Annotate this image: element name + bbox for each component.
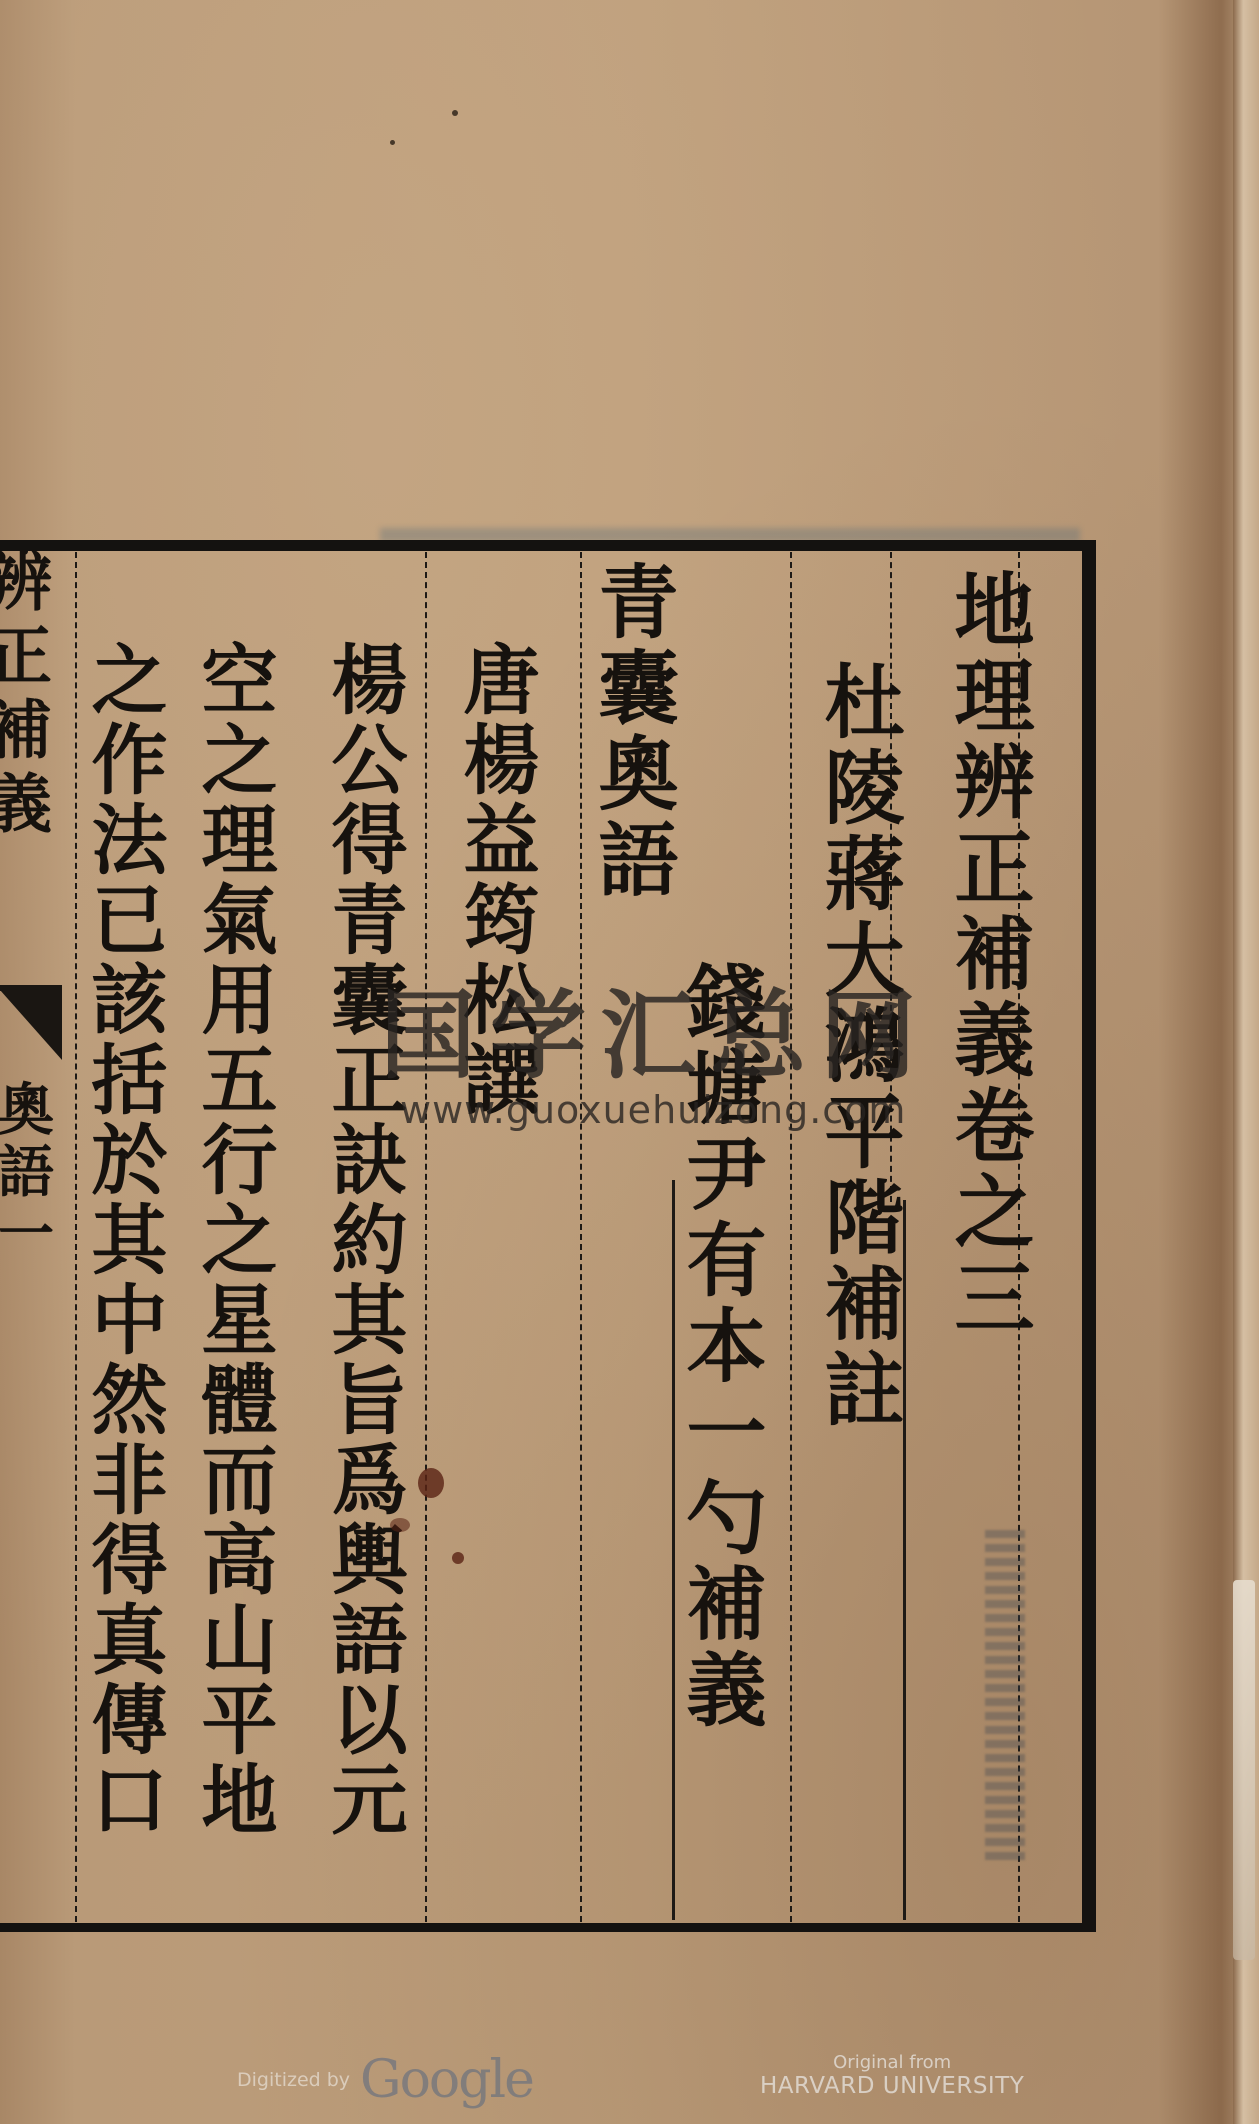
ink-stain xyxy=(452,1552,464,1564)
section-title-column: 青囊奧語 xyxy=(592,560,672,904)
source-institution: HARVARD UNIVERSITY xyxy=(760,2073,1024,2099)
column-rule xyxy=(580,552,582,1922)
faded-ink-area xyxy=(985,1530,1025,1860)
body-column-1: 楊公得青囊正訣約其旨爲輿語以元 xyxy=(325,640,401,1840)
ink-stain xyxy=(390,1518,410,1532)
ink-speck xyxy=(390,140,395,145)
ink-speck xyxy=(452,110,458,116)
scanned-book-page: 地理辨正補義卷之三 杜陵蔣大鴻平階補註 錢塘尹有本一勺補義 青囊奧語 唐楊益筠松… xyxy=(0,0,1259,2124)
column-rule xyxy=(75,552,77,1922)
ink-stain xyxy=(418,1468,444,1498)
body-column-3: 之作法已該括於其中然非得真傳口 xyxy=(85,640,161,1840)
watermark-url: www.guoxuehuizong.com xyxy=(400,1088,906,1132)
margin-center-label: 奧語一 xyxy=(0,1080,50,1266)
binding-mark xyxy=(1233,1580,1255,1960)
column-rule xyxy=(790,552,792,1922)
fish-tail-mark xyxy=(0,990,62,1060)
original-from-label: Original from xyxy=(760,2052,1024,2073)
margin-center-title: 辨正補義 xyxy=(0,548,46,844)
google-logo: Google xyxy=(360,2050,533,2110)
title-column: 地理辨正補義卷之三 xyxy=(948,568,1028,1342)
digitized-label: Digitized by xyxy=(237,2069,350,2091)
watermark-chinese: 国学汇总网 xyxy=(380,960,930,1097)
digitized-by-credit: Digitized by Google xyxy=(237,2050,533,2110)
original-source-credit: Original from HARVARD UNIVERSITY xyxy=(760,2052,1024,2099)
column-rule xyxy=(425,552,427,1922)
body-column-2: 空之理氣用五行之星體而高山平地 xyxy=(195,640,271,1840)
